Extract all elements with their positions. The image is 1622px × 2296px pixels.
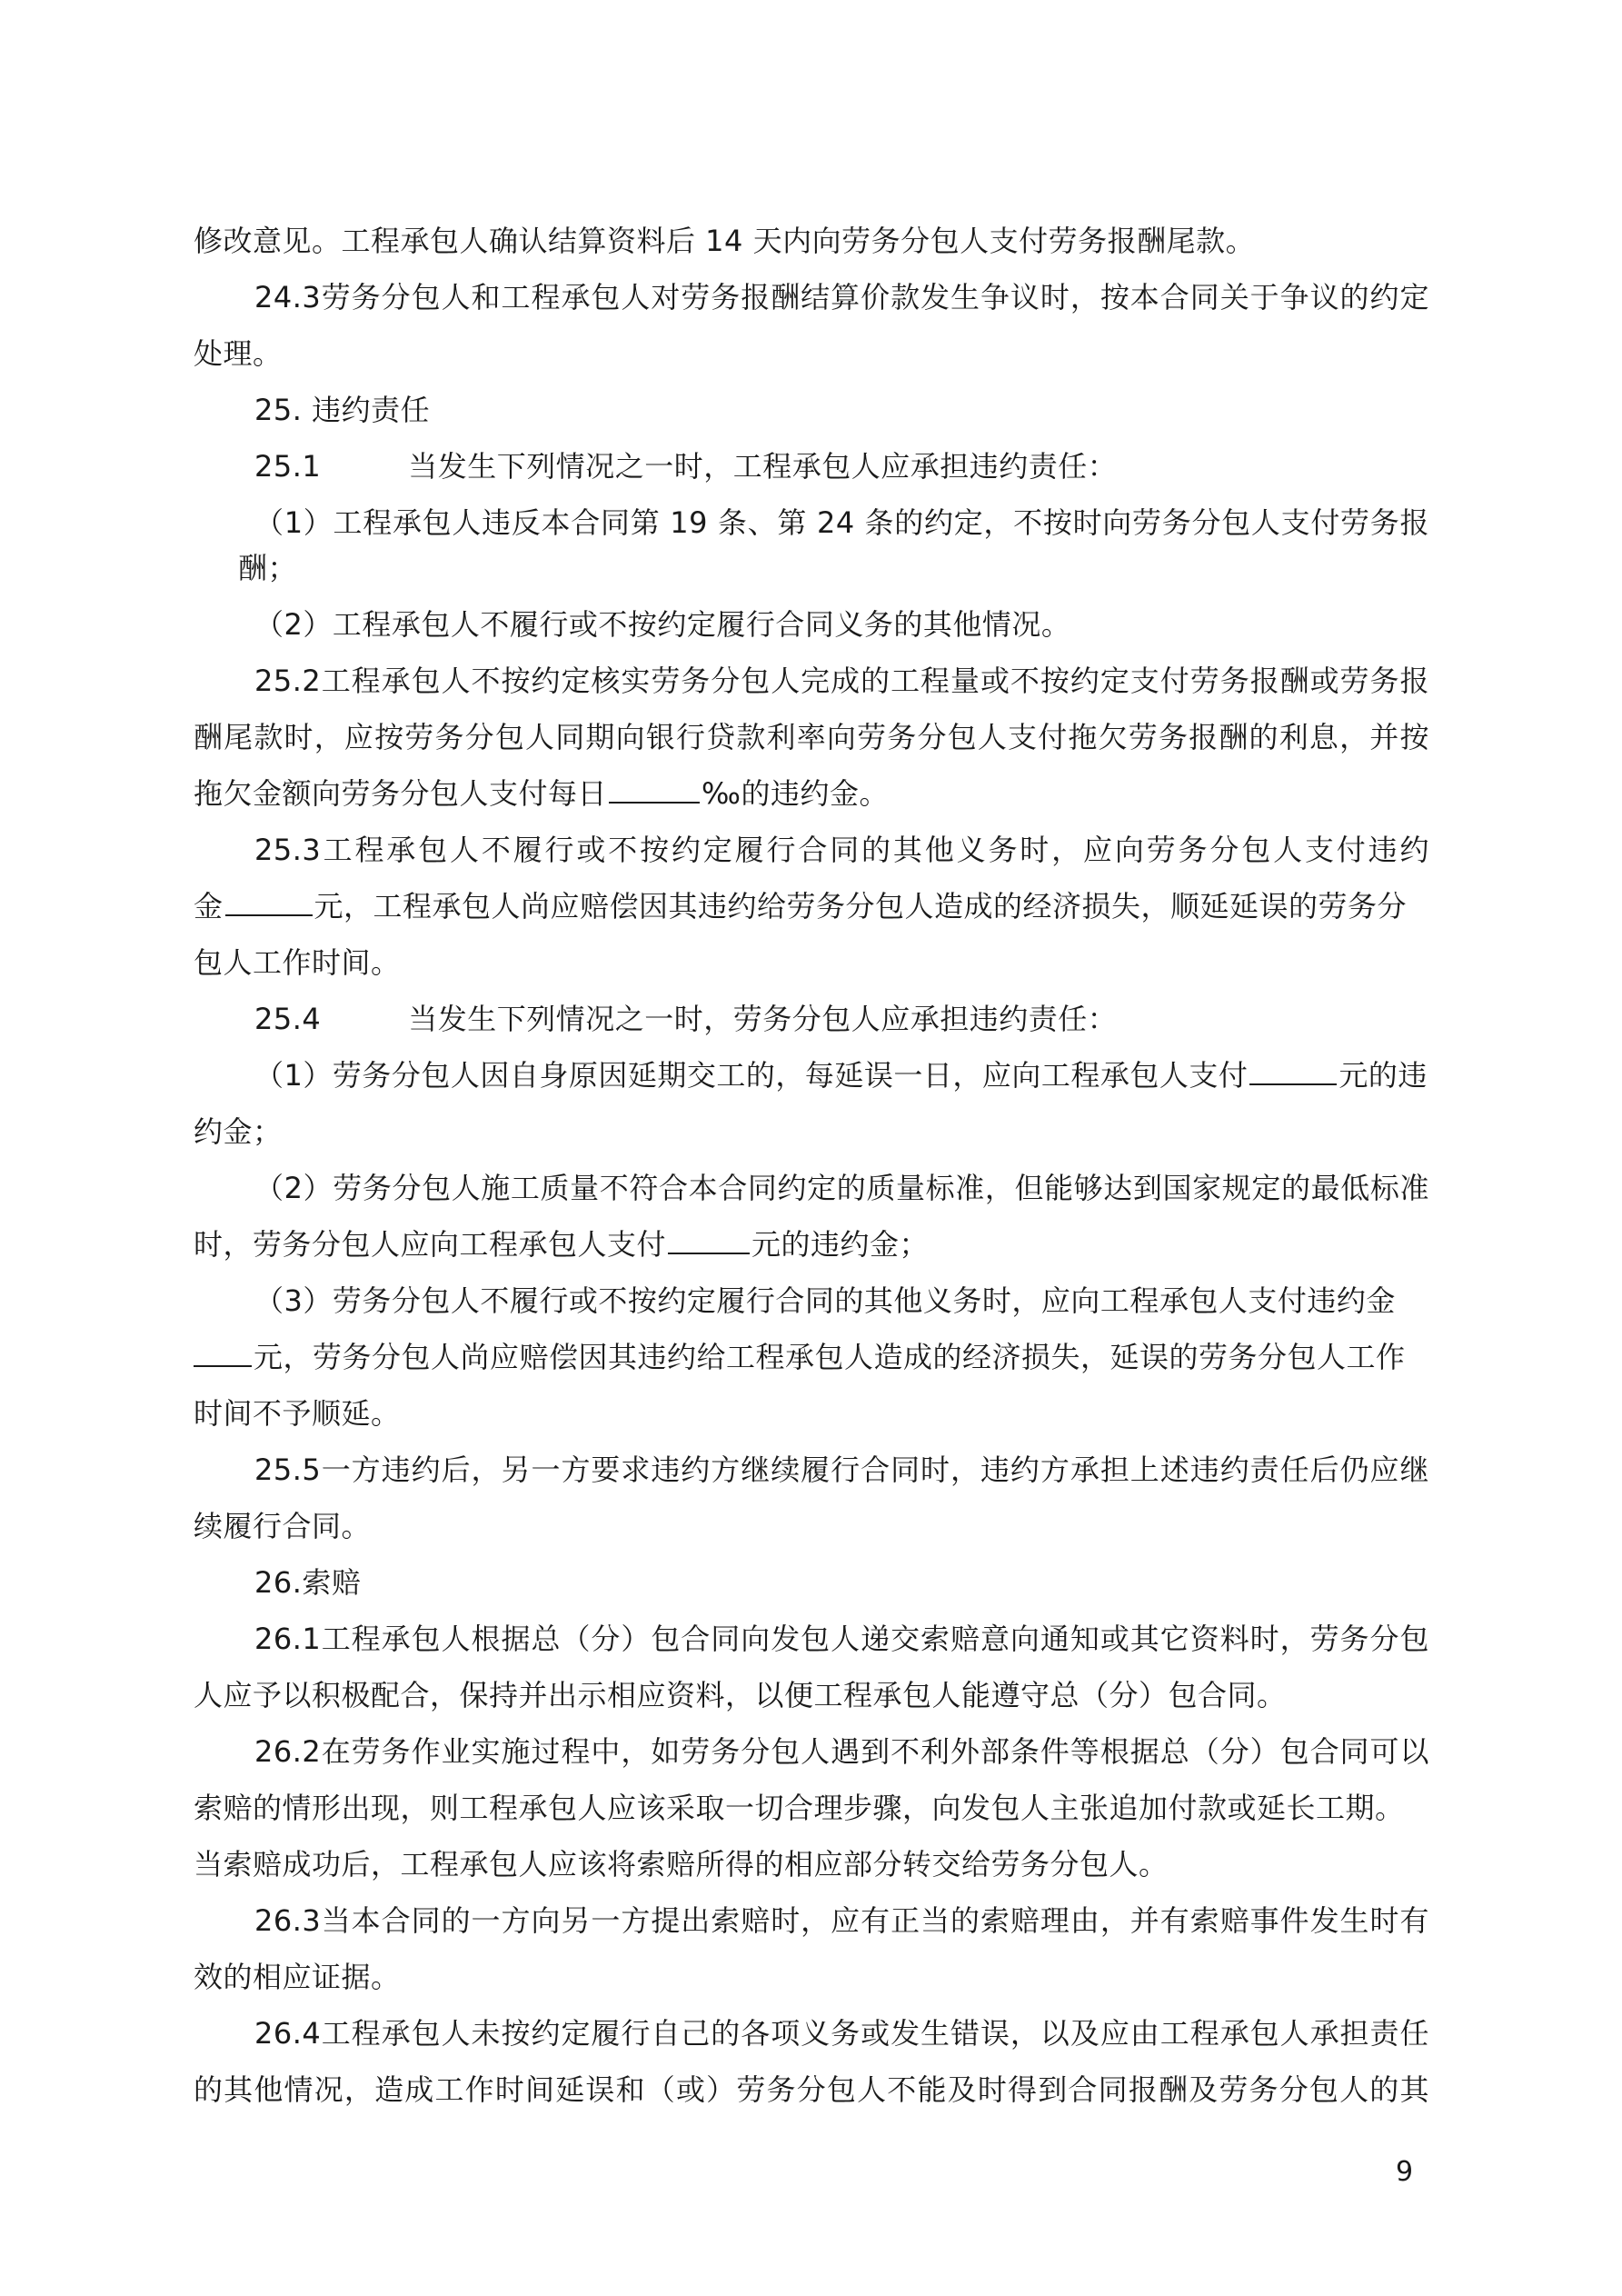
paragraph-line: 酬尾款时，应按劳务分包人同期向银行贷款利率向劳务分包人支付拖欠劳务报酬的利息，并… — [194, 714, 1429, 760]
paragraph-line: 包人工作时间。 — [194, 940, 1429, 985]
text-before-blank: 金 — [194, 889, 224, 923]
clause-25-1: 25.1当发生下列情况之一时，工程承包人应承担违约责任： — [254, 444, 1429, 489]
fill-in-blank-other-penalty[interactable] — [194, 1338, 252, 1367]
text-before-blank: 时，劳务分包人应向工程承包人支付 — [194, 1227, 666, 1262]
clause-25-4-item-1: （1）劳务分包人因自身原因延期交工的，每延误一日，应向工程承包人支付元的违 — [254, 1053, 1429, 1098]
paragraph-line: 续履行合同。 — [194, 1503, 1429, 1549]
paragraph-line: 人应予以积极配合，保持并出示相应资料，以便工程承包人能遵守总（分）包合同。 — [194, 1672, 1429, 1718]
fill-in-blank-penalty-amount[interactable] — [225, 887, 313, 916]
paragraph-line: 的其他情况，造成工作时间延误和（或）劳务分包人不能及时得到合同报酬及劳务分包人的… — [194, 2067, 1429, 2112]
paragraph-line: 处理。 — [194, 331, 1429, 376]
clause-26-3: 26.3当本合同的一方向另一方提出索赔时，应有正当的索赔理由，并有索赔事件发生时… — [254, 1898, 1429, 1943]
paragraph-line: 索赔的情形出现，则工程承包人应该采取一切合理步骤，向发包人主张追加付款或延长工期… — [194, 1785, 1429, 1831]
clause-25-3: 25.3工程承包人不履行或不按约定履行合同的其他义务时，应向劳务分包人支付违约 — [254, 827, 1429, 873]
fill-in-blank-daily-delay-penalty[interactable] — [1249, 1056, 1337, 1085]
clause-25-2: 25.2工程承包人不按约定核实劳务分包人完成的工程量或不按约定支付劳务报酬或劳务… — [254, 658, 1429, 704]
paragraph-line: 金元，工程承包人尚应赔偿因其违约给劳务分包人造成的经济损失，顺延延误的劳务分 — [194, 883, 1429, 929]
fill-in-blank-quality-penalty[interactable] — [668, 1225, 750, 1254]
clause-26-1: 26.1工程承包人根据总（分）包合同向发包人递交索赔意向通知或其它资料时，劳务分… — [254, 1616, 1429, 1662]
clause-26-4: 26.4工程承包人未按约定履行自己的各项义务或发生错误，以及应由工程承包人承担责… — [254, 2011, 1429, 2056]
section-heading-26: 26.索赔 — [254, 1560, 1429, 1605]
clause-25-1-item-2: （2）工程承包人不履行或不按约定履行合同义务的其他情况。 — [254, 602, 1429, 647]
paragraph-line: 拖欠金额向劳务分包人支付每日‰的违约金。 — [194, 771, 1429, 816]
clause-24-3: 24.3劳务分包人和工程承包人对劳务报酬结算价款发生争议时，按本合同关于争议的约… — [254, 275, 1429, 320]
clause-25-4-item-2: （2）劳务分包人施工质量不符合本合同约定的质量标准，但能够达到国家规定的最低标准 — [254, 1165, 1429, 1211]
page-number: 9 — [1396, 2152, 1413, 2192]
clause-number: 25.1 — [254, 449, 321, 484]
clause-text: 当发生下列情况之一时，劳务分包人应承担违约责任： — [408, 1002, 1117, 1036]
section-heading-25: 25. 违约责任 — [254, 387, 1429, 433]
text-after-blank: 元的违约金； — [751, 1227, 929, 1262]
paragraph-line: 修改意见。工程承包人确认结算资料后 14 天内向劳务分包人支付劳务报酬尾款。 — [194, 218, 1429, 264]
text-after-blank: ‰的违约金。 — [702, 776, 889, 811]
fill-in-blank-daily-rate[interactable] — [609, 774, 700, 804]
paragraph-line: 当索赔成功后，工程承包人应该将索赔所得的相应部分转交给劳务分包人。 — [194, 1842, 1429, 1887]
clause-number: 25.4 — [254, 1002, 321, 1036]
document-page: 修改意见。工程承包人确认结算资料后 14 天内向劳务分包人支付劳务报酬尾款。 2… — [0, 0, 1622, 2296]
text-after-blank: 元的违 — [1338, 1058, 1428, 1093]
clause-26-2: 26.2在劳务作业实施过程中，如劳务分包人遇到不利外部条件等根据总（分）包合同可… — [254, 1729, 1429, 1774]
text-after-blank: 元，工程承包人尚应赔偿因其违约给劳务分包人造成的经济损失，顺延延误的劳务分 — [314, 889, 1408, 923]
clause-25-5: 25.5一方违约后，另一方要求违约方继续履行合同时，违约方承担上述违约责任后仍应… — [254, 1447, 1429, 1492]
clause-25-1-item-1: （1）工程承包人违反本合同第 19 条、第 24 条的约定，不按时向劳务分包人支… — [254, 500, 1429, 545]
paragraph-line: 酬； — [238, 545, 1474, 591]
paragraph-line: 时间不予顺延。 — [194, 1391, 1429, 1436]
paragraph-line: 元，劳务分包人尚应赔偿因其违约给工程承包人造成的经济损失，延误的劳务分包人工作 — [194, 1334, 1429, 1380]
text-after-blank: 元，劳务分包人尚应赔偿因其违约给工程承包人造成的经济损失，延误的劳务分包人工作 — [254, 1340, 1406, 1374]
paragraph-line: 约金； — [194, 1109, 1429, 1154]
paragraph-line: 时，劳务分包人应向工程承包人支付元的违约金； — [194, 1222, 1429, 1267]
text-before-blank: （1）劳务分包人因自身原因延期交工的，每延误一日，应向工程承包人支付 — [254, 1058, 1248, 1093]
clause-25-4: 25.4当发生下列情况之一时，劳务分包人应承担违约责任： — [254, 996, 1429, 1042]
text-before-blank: 拖欠金额向劳务分包人支付每日 — [194, 776, 607, 811]
paragraph-line: 效的相应证据。 — [194, 1954, 1429, 2000]
clause-text: 当发生下列情况之一时，工程承包人应承担违约责任： — [408, 449, 1117, 484]
clause-25-4-item-3: （3）劳务分包人不履行或不按约定履行合同的其他义务时，应向工程承包人支付违约金 — [254, 1278, 1429, 1323]
